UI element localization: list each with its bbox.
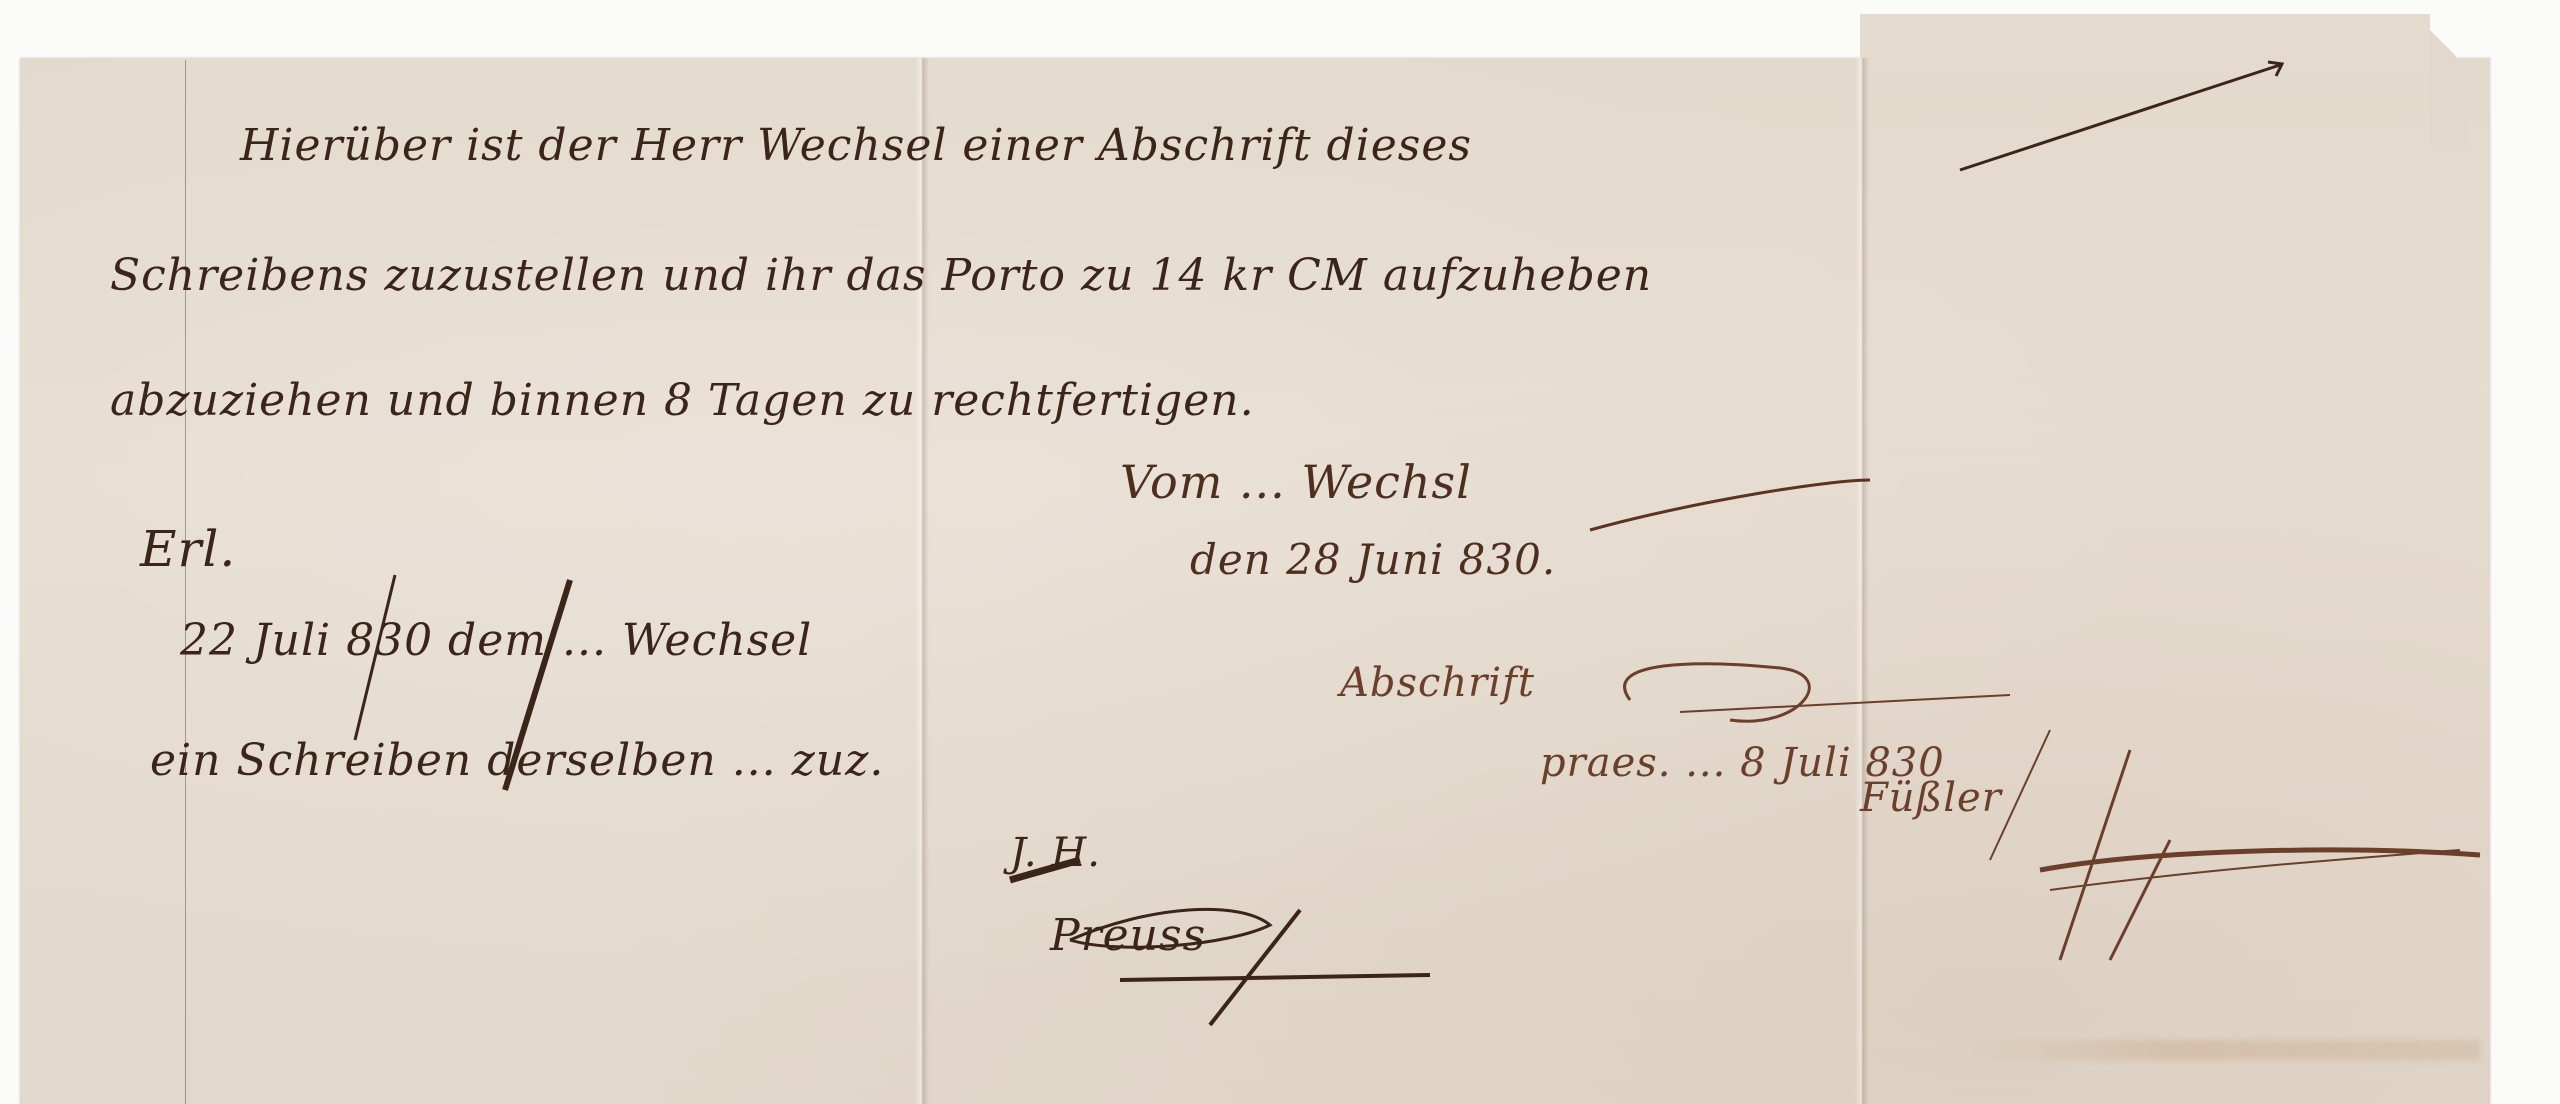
margin-note: Erl. bbox=[140, 520, 236, 578]
fold-line bbox=[1855, 58, 1869, 1104]
body-line-3: abzuziehen und binnen 8 Tagen zu rechtfe… bbox=[110, 375, 1255, 426]
signature-initials: J. H. bbox=[1010, 830, 1101, 876]
paper-torn-edge bbox=[2430, 30, 2470, 150]
paper-upper-edge bbox=[1860, 14, 2430, 74]
closing-signature: Vom ... Wechsl bbox=[1120, 455, 1472, 509]
water-stain bbox=[1960, 1040, 2480, 1060]
fold-line bbox=[915, 58, 929, 1104]
margin-crease bbox=[185, 60, 186, 1104]
date-line: den 28 Juni 830. bbox=[1190, 535, 1556, 584]
body-line-2: Schreibens zuzustellen und ihr das Porto… bbox=[110, 250, 1652, 301]
body-line-1: Hierüber ist der Herr Wechsel einer Absc… bbox=[240, 120, 1472, 171]
signature-right: Füßler bbox=[1860, 775, 2002, 821]
entry-line-2: ein Schreiben derselben ... zuz. bbox=[150, 735, 884, 786]
signature-left: Preuss bbox=[1050, 910, 1206, 961]
entry-line-1: 22 Juli 830 dem ... Wechsel bbox=[180, 615, 812, 666]
entry-line-abschrift: Abschrift bbox=[1340, 660, 1535, 706]
